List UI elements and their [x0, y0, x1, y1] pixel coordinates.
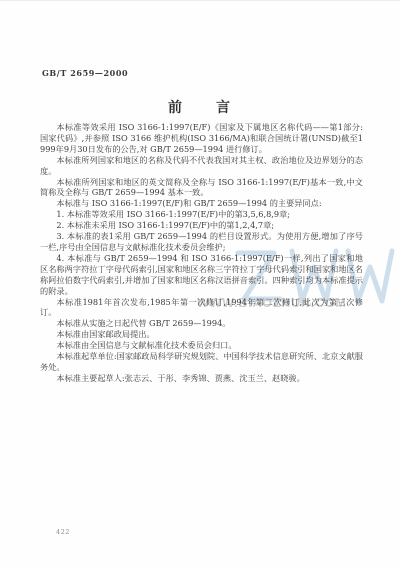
paragraph: 2. 本标准未采用 ISO 3166-1:1997(E/F)中的第1,2,4,7…	[40, 220, 363, 231]
paragraph: 本标准所列国家和地区的名称及代码不代表我国对其主权、政治地位及边界划分的态度。	[40, 155, 363, 177]
paragraph: 1. 本标准等效采用 ISO 3166-1:1997(E/F)中的第3,5,6,…	[40, 209, 363, 220]
paragraph: 3. 本标准的表1采用 GB/T 2659—1994 的栏目设置形式。为使用方便…	[40, 231, 363, 253]
paragraph: 本标准由国家邮政局提出。	[40, 329, 363, 340]
paragraph: 本标准1981年首次发布,1985年第一次修订,1994年第二次修订,此次为第三…	[40, 297, 363, 319]
page-number: 422	[56, 528, 70, 536]
paragraph: 本标准所列国家和地区的英文简称及全称与 ISO 3166-1:1997(E/F)…	[40, 177, 363, 199]
paragraph: 本标准等效采用 ISO 3166-1:1997(E/F)《国家及下属地区名称代码…	[40, 122, 363, 155]
document-page: GB/T 2659—2000 前 言 WWW.BIAOZHUN.COM 本标准等…	[0, 0, 400, 568]
paragraph: 本标准从实施之日起代替 GB/T 2659—1994。	[40, 318, 363, 329]
paragraph: 本标准由全国信息与文献标准化技术委员会归口。	[40, 340, 363, 351]
paragraph: 本标准主要起草人:张志云、于彤、李秀锦、贾燕、沈玉兰、赵晓骏。	[40, 373, 363, 384]
paragraph: 4. 本标准与 GB/T 2659—1994 和 ISO 3166-1:1997…	[40, 253, 363, 297]
foreword-body: 本标准等效采用 ISO 3166-1:1997(E/F)《国家及下属地区名称代码…	[40, 122, 363, 384]
paragraph: 本标准与 ISO 3166-1:1997(E/F)和 GB/T 2659—199…	[40, 198, 363, 209]
page-title: 前 言	[0, 97, 400, 117]
paragraph: 本标准起草单位:国家邮政局科学研究规划院、中国科学技术信息研究所、北京文献服务处…	[40, 351, 363, 373]
standard-code: GB/T 2659—2000	[42, 68, 128, 78]
